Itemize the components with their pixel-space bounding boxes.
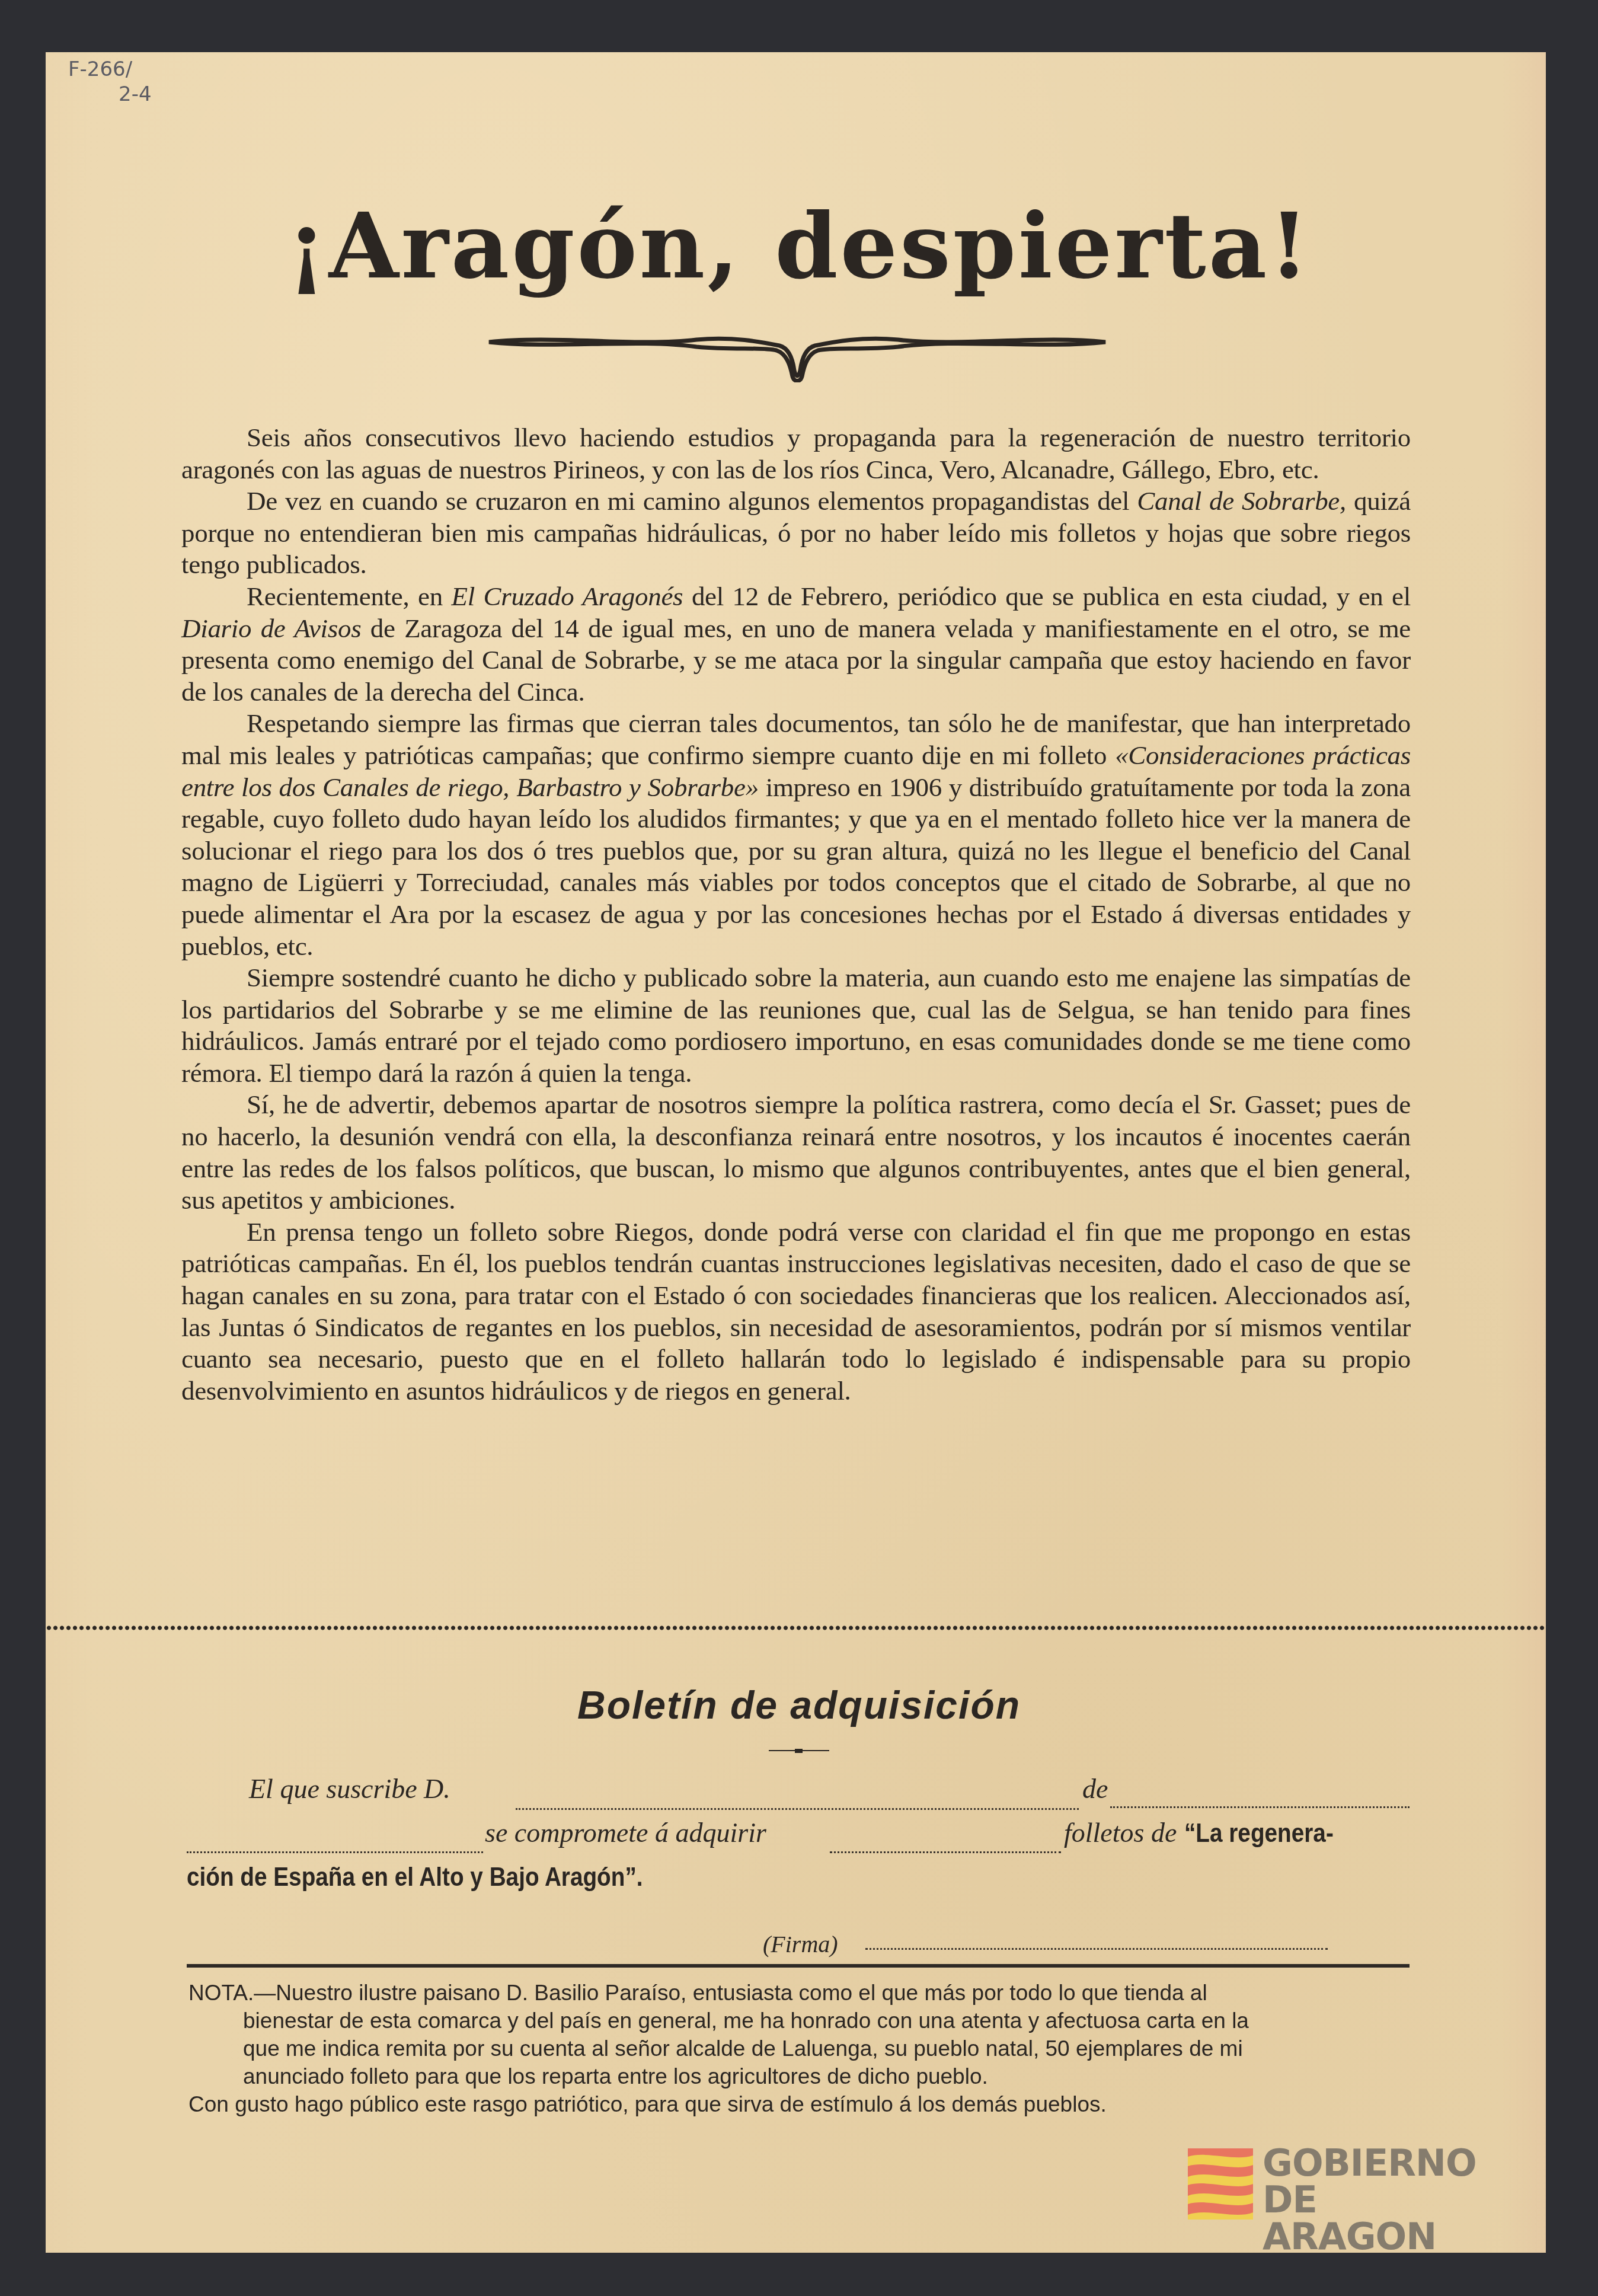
paragraph-3-text-mid: del 12 de Febrero, periódico que se publ… (683, 582, 1411, 611)
de-label: de (1082, 1774, 1108, 1804)
signature-label: (Firma) (763, 1931, 838, 1957)
book-title-end: ción de España en el Alto y Bajo Aragón”… (187, 1863, 643, 1892)
signature-row: (Firma) (763, 1927, 838, 1959)
note-line-3: que me indica remita por su cuenta al se… (188, 2035, 1415, 2062)
rule-knob (795, 1749, 803, 1753)
paragraph-1: Seis años consecutivos llevo haciendo es… (181, 422, 1411, 486)
section-divider (187, 1964, 1410, 1968)
gobierno-de-aragon-logo: GOBIERNO DE ARAGON (1188, 2148, 1502, 2222)
subscriber-place-continued-field[interactable] (187, 1850, 483, 1853)
book-title-start: “La regenera- (1184, 1819, 1334, 1848)
note-line-2: bienestar de esta comarca y del país en … (188, 2007, 1415, 2035)
archive-mark-line2: 2-4 (119, 84, 152, 104)
logo-line-2: DE ARAGON (1263, 2182, 1502, 2255)
paragraph-2-italic: Canal de Sobrarbe, (1137, 486, 1346, 516)
subscriber-label: El que suscribe D. (249, 1774, 450, 1804)
note-line-4: anunciado folleto para que los reparta e… (188, 2062, 1415, 2090)
note-section: NOTA.—Nuestro ilustre paisano D. Basilio… (188, 1979, 1415, 2118)
quantity-field[interactable] (830, 1850, 1061, 1853)
archive-reference-mark: F-266/ 2-4 (68, 59, 163, 124)
form-line-2: se compromete á adquirir (485, 1816, 766, 1848)
paragraph-3-text-end: de Zaragoza del 14 de igual mes, en uno … (181, 614, 1411, 707)
form-line-2-end: folletos de “La regenera- (1064, 1816, 1354, 1848)
coupon-title-rule (769, 1749, 829, 1752)
paragraph-5: Siempre sostendré cuanto he dicho y publ… (181, 962, 1411, 1089)
folletos-label: folletos de (1064, 1818, 1177, 1848)
subscriber-place-field[interactable] (1110, 1805, 1410, 1808)
note-line-1: NOTA.—Nuestro ilustre paisano D. Basilio… (188, 1979, 1415, 2007)
paragraph-7: En prensa tengo un folleto sobre Riegos,… (181, 1216, 1411, 1407)
paragraph-2: De vez en cuando se cruzaron en mi camin… (181, 486, 1411, 581)
perforation-line (46, 1624, 1546, 1631)
commit-label: se compromete á adquirir (485, 1818, 766, 1848)
form-line-1-de: de (1082, 1773, 1108, 1805)
paragraph-3: Recientemente, en El Cruzado Aragonés de… (181, 581, 1411, 708)
archive-mark-line1: F-266/ (68, 59, 132, 79)
newspaper-title-cruzado: El Cruzado Aragonés (451, 582, 683, 611)
paragraph-3-text: Recientemente, en (247, 582, 451, 611)
logo-line-1: GOBIERNO (1263, 2145, 1502, 2182)
paragraph-2-text: De vez en cuando se cruzaron en mi camin… (247, 486, 1137, 516)
form-line-1: El que suscribe D. (249, 1773, 450, 1805)
paragraph-6: Sí, he de advertir, debemos apartar de n… (181, 1089, 1411, 1216)
article-body: Seis años consecutivos llevo haciendo es… (181, 422, 1411, 1407)
subscriber-name-field[interactable] (516, 1806, 1079, 1810)
signature-field[interactable] (865, 1946, 1328, 1950)
aragon-flag-icon (1188, 2148, 1253, 2220)
note-closing: Con gusto hago público este rasgo patrió… (188, 2090, 1415, 2118)
title-ornament-icon (483, 329, 1111, 382)
form-line-3: ción de España en el Alto y Bajo Aragón”… (187, 1860, 705, 1892)
coupon-title: Boletín de adquisición (0, 1682, 1598, 1727)
logo-text: GOBIERNO DE ARAGON (1263, 2145, 1502, 2255)
newspaper-title-diario: Diario de Avisos (181, 614, 361, 643)
page-title: ¡Aragón, despierta! (0, 193, 1598, 299)
paragraph-4: Respetando siempre las firmas que cierra… (181, 708, 1411, 962)
